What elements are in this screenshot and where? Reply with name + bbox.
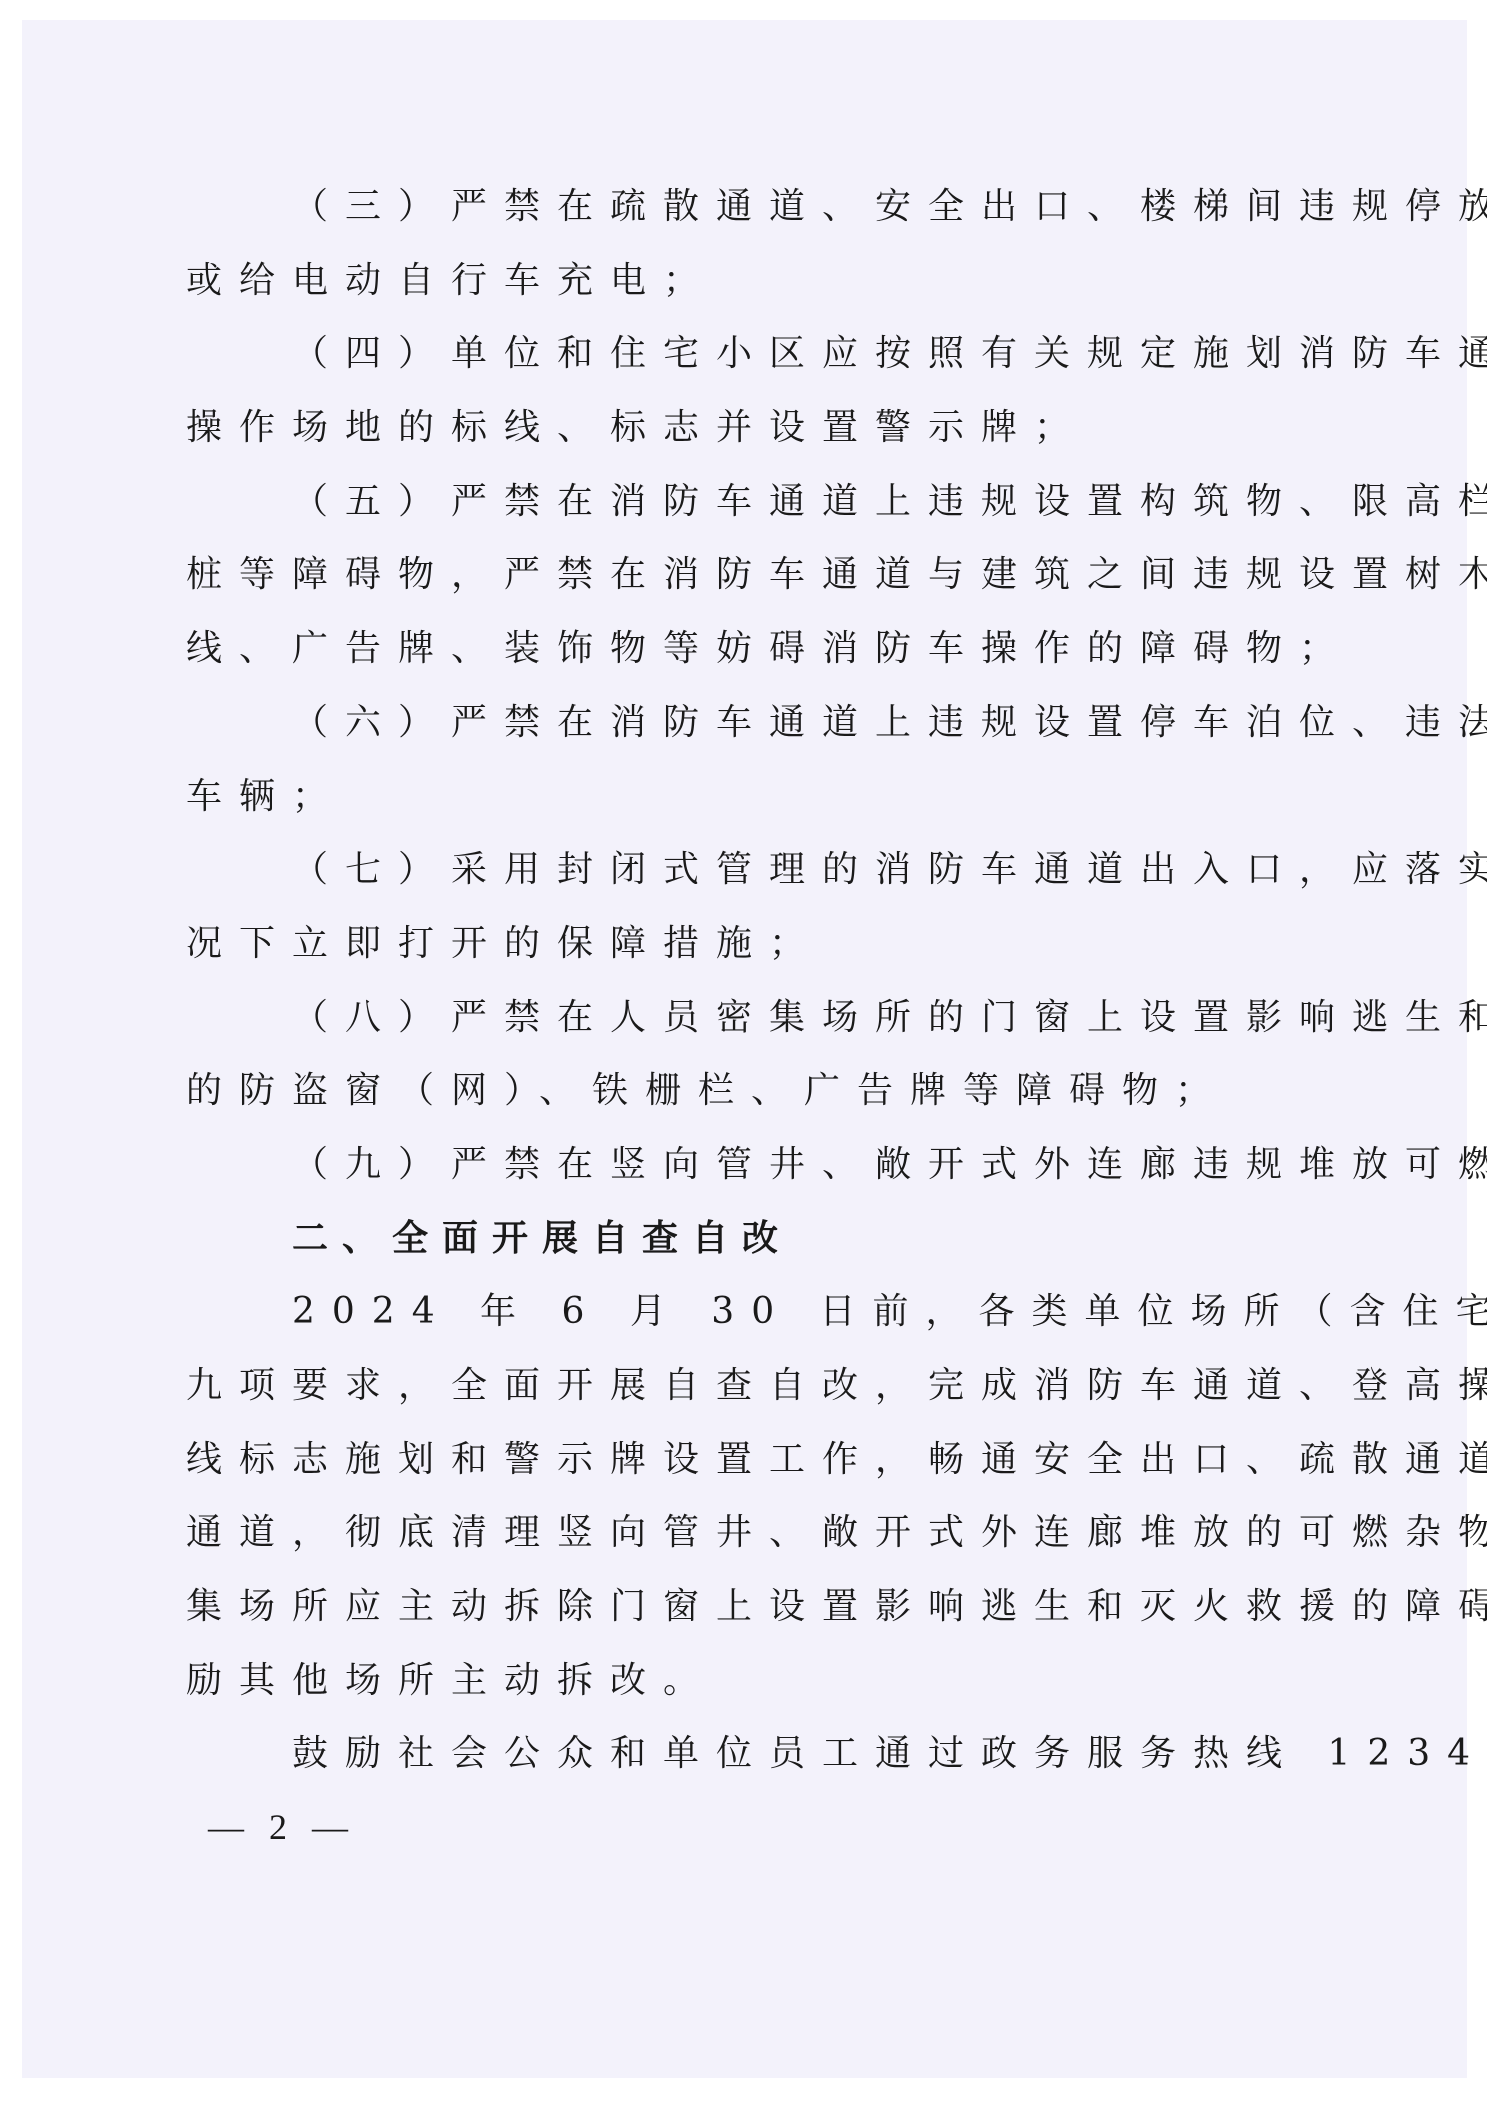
page-number: — 2 — (208, 1806, 356, 1848)
list-item-5-line-1: （五）严禁在消防车通道上违规设置构筑物、限高栏、固定隔离 (186, 465, 1292, 539)
section-body-line-1: 2024 年 6 月 30 日前，各类单位场所（含住宅小区）应对照上述 (186, 1275, 1292, 1349)
list-item-4-line-2: 操作场地的标线、标志并设置警示牌； (186, 391, 1292, 465)
list-item-3-line-2: 或给电动自行车充电； (186, 244, 1292, 318)
list-item-9-line-1: （九）严禁在竖向管井、敞开式外连廊违规堆放可燃杂物。 (186, 1128, 1292, 1202)
section-body-line-5: 集场所应主动拆除门窗上设置影响逃生和灭火救援的障碍物，鼓 (186, 1570, 1292, 1644)
list-item-8-line-2: 的防盗窗（网）、铁栅栏、广告牌等障碍物； (186, 1054, 1292, 1128)
list-item-6-line-1: （六）严禁在消防车通道上违规设置停车泊位、违法违规停放 (186, 686, 1292, 760)
document-body: （三）严禁在疏散通道、安全出口、楼梯间违规停放电动自行车 或给电动自行车充电； … (186, 170, 1292, 1791)
list-item-7-line-1: （七）采用封闭式管理的消防车通道出入口，应落实在紧急情 (186, 833, 1292, 907)
list-item-6-line-2: 车辆； (186, 760, 1292, 834)
report-paragraph-line-1: 鼓励社会公众和单位员工通过政务服务热线 12345 或直接向 (186, 1717, 1292, 1791)
list-item-7-line-2: 况下立即打开的保障措施； (186, 907, 1292, 981)
list-item-8-line-1: （八）严禁在人员密集场所的门窗上设置影响逃生和灭火救援 (186, 981, 1292, 1055)
list-item-4-line-1: （四）单位和住宅小区应按照有关规定施划消防车通道和登高 (186, 317, 1292, 391)
section-heading: 二、全面开展自查自改 (186, 1202, 1292, 1276)
list-item-5-line-2: 桩等障碍物，严禁在消防车通道与建筑之间违规设置树木、架空管 (186, 538, 1292, 612)
section-body-line-3: 线标志施划和警示牌设置工作，畅通安全出口、疏散通道和消防车 (186, 1423, 1292, 1497)
section-body-line-6: 励其他场所主动拆改。 (186, 1644, 1292, 1718)
list-item-5-line-3: 线、广告牌、装饰物等妨碍消防车操作的障碍物； (186, 612, 1292, 686)
list-item-3-line-1: （三）严禁在疏散通道、安全出口、楼梯间违规停放电动自行车 (186, 170, 1292, 244)
section-body-line-4: 通道，彻底清理竖向管井、敞开式外连廊堆放的可燃杂物；人员密 (186, 1496, 1292, 1570)
section-body-line-2: 九项要求，全面开展自查自改，完成消防车通道、登高操作场地标 (186, 1349, 1292, 1423)
